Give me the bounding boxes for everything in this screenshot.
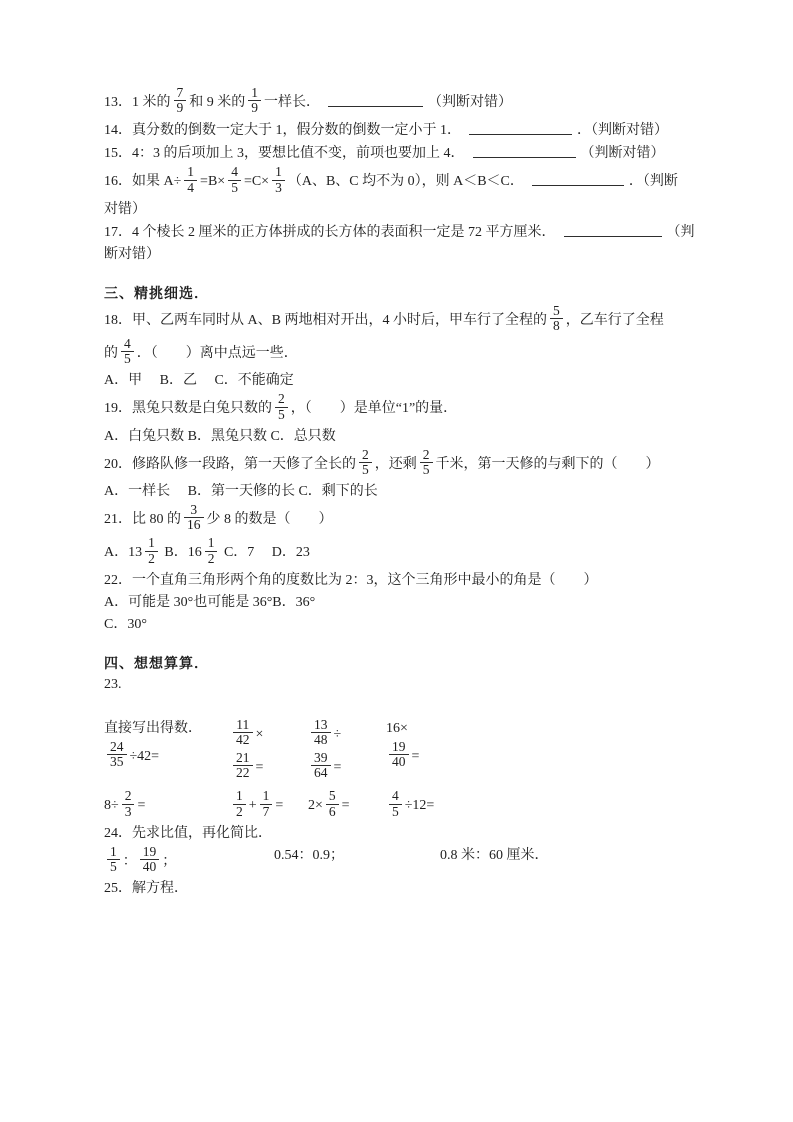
calc-line: 1142× (230, 718, 308, 751)
fraction-numerator: 2 (420, 448, 433, 462)
problem-line: 15．4：3 的后项加上 3，要想比值不变，前项也要加上 4．（判断对错） (104, 142, 765, 165)
text-run: 14．真分数的倒数一定大于 1，假分数的倒数一定小于 1． (104, 123, 461, 138)
fraction: 2122 (233, 751, 253, 780)
calc-line: 8÷23= (104, 789, 230, 822)
fraction: 15 (107, 845, 120, 874)
calc-line: 12+17= (230, 789, 308, 822)
blank-underline (564, 221, 662, 237)
text-run: = (137, 798, 145, 813)
fraction: 316 (184, 503, 204, 532)
column-cell: 45÷12= (386, 789, 526, 822)
fraction-denominator: 48 (311, 732, 331, 747)
problem-line: A．一样长 B．第一天修的长 C．剩下的长 (104, 481, 765, 503)
fraction-numerator: 1 (145, 536, 158, 550)
fraction-denominator: 6 (326, 804, 339, 819)
fraction: 1348 (311, 718, 331, 747)
text-run: ： (123, 854, 137, 869)
fraction-numerator: 7 (174, 86, 187, 100)
fraction: 12 (233, 789, 246, 818)
problem-line: 18．甲、乙两车同时从 A、B 两地相对开出，4 小时后，甲车行了全程的58，乙… (104, 304, 765, 337)
fraction-numerator: 4 (121, 337, 134, 351)
calc-line: 1940= (386, 740, 526, 773)
text-run: 的 (104, 346, 118, 361)
columns-row: 15：1940；0.54：0.9；0.8 米：60 厘米． (104, 845, 765, 878)
fraction-denominator: 40 (140, 859, 160, 874)
text-run: （判断对错） (581, 146, 665, 161)
text-run: 19．黑兔只数是白兔只数的 (104, 401, 272, 416)
calc-line: 3964= (308, 751, 386, 784)
fraction: 12 (205, 536, 218, 565)
problem-line: 16．如果 A÷14=B×45=C×13（A、B、C 均不为 0），则 A＜B＜… (104, 165, 765, 198)
problem-line: 14．真分数的倒数一定大于 1，假分数的倒数一定小于 1．．（判断对错） (104, 119, 765, 142)
calc-line: 直接写出得数． (104, 718, 230, 740)
problem-line: 断对错） (104, 244, 765, 266)
text-run: 和 9 米的 (189, 95, 245, 110)
section-heading: 三、精挑细选． (104, 282, 765, 304)
text-run: 15．4：3 的后项加上 3，要想比值不变，前项也要加上 4． (104, 146, 465, 161)
text-run: ．（判断 (629, 174, 678, 189)
fraction-denominator: 5 (107, 859, 120, 874)
text-run: 四、想想算算． (104, 655, 209, 671)
fraction-denominator: 5 (420, 462, 433, 477)
fraction-numerator: 2 (275, 392, 288, 406)
fraction-denominator: 5 (359, 462, 372, 477)
fraction-numerator: 1 (248, 86, 261, 100)
blank-underline (532, 170, 624, 186)
text-run: = (412, 749, 420, 764)
fraction-denominator: 35 (107, 754, 127, 769)
text-run: × (256, 727, 264, 742)
fraction: 1940 (140, 845, 160, 874)
fraction: 1142 (233, 718, 253, 747)
calc-line: 16× (386, 718, 526, 740)
text-run: ．（判断对错） (577, 123, 668, 138)
fraction: 1940 (389, 740, 409, 769)
text-run: 20．修路队修一段路，第一天修了全长的 (104, 457, 356, 472)
text-run: ÷ (334, 727, 342, 742)
fraction-numerator: 24 (107, 740, 127, 754)
fraction-denominator: 4 (184, 180, 197, 195)
text-run: （判 (667, 225, 695, 240)
text-run: ．（ ）离中点远一些． (137, 346, 298, 361)
calc-line: 0.54：0.9； (274, 845, 440, 867)
fraction-numerator: 39 (311, 751, 331, 765)
text-run: 0.54：0.9； (274, 848, 344, 863)
text-run: 对错） (104, 202, 146, 217)
text-run: 0.8 米：60 厘米． (440, 848, 549, 863)
text-run: 三、精挑细选． (104, 285, 209, 301)
fraction: 3964 (311, 751, 331, 780)
text-run: （A、B、C 均不为 0），则 A＜B＜C． (288, 174, 524, 189)
fraction-numerator: 4 (389, 789, 402, 803)
column-cell: 12+17= (230, 789, 308, 822)
calc-line: 2×56= (308, 789, 386, 822)
fraction-numerator: 1 (205, 536, 218, 550)
section-heading: 四、想想算算． (104, 652, 765, 674)
text-run: A．甲 B．乙 C．不能确定 (104, 373, 294, 388)
fraction-numerator: 1 (107, 845, 120, 859)
fraction-denominator: 22 (233, 765, 253, 780)
column-cell: 1142×2122= (230, 718, 308, 785)
fraction: 13 (272, 165, 285, 194)
fraction: 45 (121, 337, 134, 366)
calc-line: 45÷12= (386, 789, 526, 822)
text-run: 直接写出得数． (104, 721, 202, 736)
fraction: 45 (228, 165, 241, 194)
fraction-numerator: 1 (184, 165, 197, 179)
fraction-denominator: 40 (389, 754, 409, 769)
text-run: 千米，第一天修的与剩下的（ ） (436, 457, 660, 472)
fraction-denominator: 3 (122, 804, 135, 819)
text-run: A．13 (104, 545, 142, 560)
fraction-denominator: 42 (233, 732, 253, 747)
text-run: ÷12= (405, 798, 435, 813)
fraction-numerator: 5 (326, 789, 339, 803)
text-run: 断对错） (104, 247, 160, 262)
fraction-denominator: 64 (311, 765, 331, 780)
text-run: ，还剩 (375, 457, 417, 472)
text-run: 21．比 80 的 (104, 512, 181, 527)
text-run: = (334, 760, 342, 775)
fraction-numerator: 1 (260, 789, 273, 803)
text-run: （判断对错） (428, 95, 512, 110)
fraction-denominator: 5 (228, 180, 241, 195)
fraction: 25 (359, 448, 372, 477)
text-run: 22．一个直角三角形两个角的度数比为 2：3，这个三角形中最小的角是（ ） (104, 573, 598, 588)
fraction-denominator: 2 (233, 804, 246, 819)
fraction-numerator: 5 (550, 304, 563, 318)
problem-line: A．白兔只数 B．黑兔只数 C．总只数 (104, 426, 765, 448)
problem-line: 22．一个直角三角形两个角的度数比为 2：3，这个三角形中最小的角是（ ） (104, 570, 765, 592)
text-run: ，乙车行了全程 (566, 313, 664, 328)
text-run: B．16 (161, 545, 202, 560)
text-run: 18．甲、乙两车同时从 A、B 两地相对开出，4 小时后，甲车行了全程的 (104, 313, 547, 328)
problem-line: 21．比 80 的316少 8 的数是（ ） (104, 503, 765, 536)
problem-line: A．甲 B．乙 C．不能确定 (104, 370, 765, 392)
text-run: A．一样长 B．第一天修的长 C．剩下的长 (104, 484, 378, 499)
problem-line: 24．先求比值，再化简比． (104, 823, 765, 845)
text-run: = (256, 760, 264, 775)
column-cell: 15：1940； (104, 845, 274, 878)
fraction-denominator: 5 (275, 407, 288, 422)
columns-row: 8÷23=12+17=2×56=45÷12= (104, 789, 765, 822)
text-run: 17．4 个棱长 2 厘米的正方体拼成的长方体的表面积一定是 72 平方厘米． (104, 225, 556, 240)
fraction: 23 (122, 789, 135, 818)
fraction: 25 (420, 448, 433, 477)
fraction-denominator: 2 (205, 551, 218, 566)
text-run: + (249, 798, 257, 813)
text-run: 16× (386, 721, 408, 736)
fraction-numerator: 1 (272, 165, 285, 179)
fraction-numerator: 21 (233, 751, 253, 765)
blank-underline (473, 142, 576, 158)
fraction: 14 (184, 165, 197, 194)
fraction: 79 (174, 86, 187, 115)
text-run: 8÷ (104, 798, 119, 813)
calc-line: 2435÷42= (104, 740, 230, 773)
fraction: 2435 (107, 740, 127, 769)
problem-line: 19．黑兔只数是白兔只数的25，（ ）是单位“1”的量． (104, 392, 765, 425)
document-page: 13．1 米的79和 9 米的19一样长．（判断对错）14．真分数的倒数一定大于… (0, 0, 793, 1122)
column-cell: 8÷23= (104, 789, 230, 822)
text-run: 16．如果 A÷ (104, 174, 181, 189)
fraction: 58 (550, 304, 563, 333)
column-cell: 直接写出得数．2435÷42= (104, 718, 230, 773)
blank-underline (469, 119, 572, 135)
text-run: 一样长． (264, 95, 320, 110)
problem-line: 17．4 个棱长 2 厘米的正方体拼成的长方体的表面积一定是 72 平方厘米．（… (104, 221, 765, 244)
fraction-numerator: 11 (233, 718, 253, 732)
fraction-numerator: 2 (359, 448, 372, 462)
text-run: = (275, 798, 283, 813)
problem-line: 25．解方程． (104, 878, 765, 900)
text-run: C．30° (104, 617, 147, 632)
fraction: 12 (145, 536, 158, 565)
problem-line: A．可能是 30°也可能是 36°B．36° (104, 592, 765, 614)
problem-line: A．1312 B．1612 C．7 D．23 (104, 536, 765, 569)
fraction-denominator: 7 (260, 804, 273, 819)
problem-line: 23. (104, 674, 765, 696)
column-cell: 16×1940= (386, 718, 526, 773)
fraction-numerator: 2 (122, 789, 135, 803)
text-run: =B× (200, 174, 225, 189)
text-run: 13．1 米的 (104, 95, 171, 110)
fraction-numerator: 3 (184, 503, 204, 517)
fraction-numerator: 4 (228, 165, 241, 179)
fraction-denominator: 8 (550, 318, 563, 333)
problem-line: 的45．（ ）离中点远一些． (104, 337, 765, 370)
text-run: =C× (244, 174, 269, 189)
fraction-numerator: 19 (140, 845, 160, 859)
fraction-denominator: 9 (248, 100, 261, 115)
fraction-denominator: 9 (174, 100, 187, 115)
fraction-numerator: 19 (389, 740, 409, 754)
fraction-numerator: 1 (233, 789, 246, 803)
columns-row: 直接写出得数．2435÷42=1142×2122=1348÷3964=16×19… (104, 718, 765, 785)
text-run: 少 8 的数是（ ） (207, 512, 333, 527)
fraction-denominator: 3 (272, 180, 285, 195)
calc-line: 15：1940； (104, 845, 274, 878)
fraction-denominator: 5 (121, 351, 134, 366)
text-run: 23. (104, 677, 122, 692)
calc-line: 1348÷ (308, 718, 386, 751)
fraction: 19 (248, 86, 261, 115)
column-cell: 0.8 米：60 厘米． (440, 845, 690, 867)
text-run: 25．解方程． (104, 881, 188, 896)
column-cell: 0.54：0.9； (274, 845, 440, 867)
text-run: A．可能是 30°也可能是 36°B．36° (104, 595, 315, 610)
text-run: ，（ ）是单位“1”的量． (291, 401, 457, 416)
column-cell: 1348÷3964= (308, 718, 386, 785)
fraction-denominator: 5 (389, 804, 402, 819)
blank-underline (328, 91, 423, 107)
fraction-denominator: 16 (184, 517, 204, 532)
problem-line: 13．1 米的79和 9 米的19一样长．（判断对错） (104, 86, 765, 119)
calc-line: 0.8 米：60 厘米． (440, 845, 690, 867)
calc-line: 2122= (230, 751, 308, 784)
fraction-denominator: 2 (145, 551, 158, 566)
text-run: ； (162, 854, 176, 869)
document-content: 13．1 米的79和 9 米的19一样长．（判断对错）14．真分数的倒数一定大于… (104, 86, 765, 900)
problem-line: C．30° (104, 614, 765, 636)
text-run: C．7 D．23 (220, 545, 309, 560)
text-run: 24．先求比值，再化简比． (104, 826, 272, 841)
fraction-numerator: 13 (311, 718, 331, 732)
fraction: 45 (389, 789, 402, 818)
text-run: A．白兔只数 B．黑兔只数 C．总只数 (104, 429, 336, 444)
fraction: 17 (260, 789, 273, 818)
text-run: 2× (308, 798, 323, 813)
problem-line: 对错） (104, 199, 765, 221)
text-run: ÷42= (130, 749, 160, 764)
fraction: 25 (275, 392, 288, 421)
problem-line: 20．修路队修一段路，第一天修了全长的25，还剩25千米，第一天修的与剩下的（ … (104, 448, 765, 481)
text-run: = (342, 798, 350, 813)
fraction: 56 (326, 789, 339, 818)
column-cell: 2×56= (308, 789, 386, 822)
